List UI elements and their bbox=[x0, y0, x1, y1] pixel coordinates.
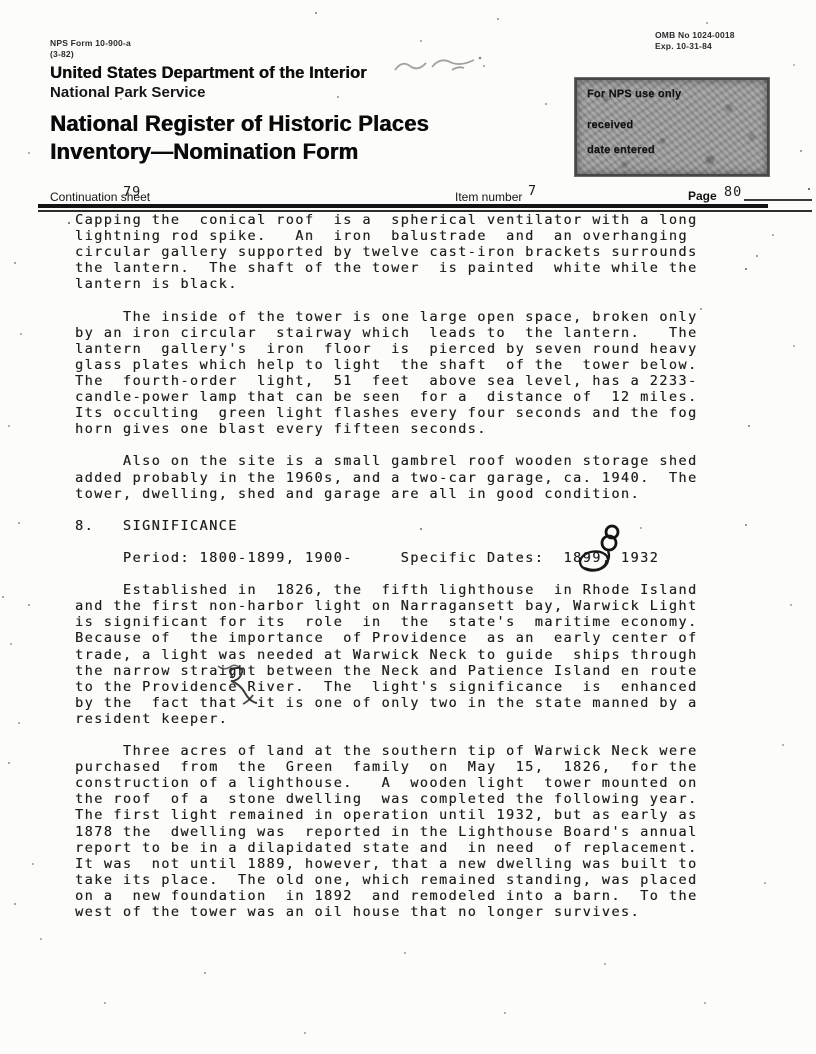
nps-box-header: For NPS use only bbox=[587, 88, 681, 100]
form-number: NPS Form 10-900-a bbox=[50, 38, 131, 49]
omb-expiration: Exp. 10-31-84 bbox=[655, 41, 735, 52]
page-label: Page bbox=[688, 189, 717, 203]
item-number-label: Item number bbox=[455, 190, 522, 204]
omb-block: OMB No 1024-0018 Exp. 10-31-84 bbox=[655, 30, 735, 51]
nps-use-only-box: For NPS use only received date entered bbox=[575, 78, 769, 176]
omb-number: OMB No 1024-0018 bbox=[655, 30, 735, 41]
typewritten-body-text: Capping the conical roof is a spherical … bbox=[75, 212, 698, 920]
page-number-underline bbox=[744, 199, 812, 201]
department-title: United States Department of the Interior bbox=[50, 64, 367, 83]
scanned-document-page: NPS Form 10-900-a (3-82) OMB No 1024-001… bbox=[0, 0, 816, 1054]
nps-box-date-entered-label: date entered bbox=[587, 144, 655, 156]
bureau-title: National Park Service bbox=[50, 84, 206, 101]
form-title-line2: Inventory—Nomination Form bbox=[50, 138, 429, 166]
page-number: 80 bbox=[724, 184, 742, 200]
header-rule-thick bbox=[38, 204, 768, 208]
form-revision: (3-82) bbox=[50, 49, 131, 60]
form-title: National Register of Historic Places Inv… bbox=[50, 110, 429, 166]
pencil-smudge-mark bbox=[392, 52, 488, 78]
scan-noise bbox=[0, 0, 2, 2]
item-number-value: 7 bbox=[528, 183, 537, 199]
continuation-sheet-number: 79 bbox=[123, 184, 141, 200]
form-number-block: NPS Form 10-900-a (3-82) bbox=[50, 38, 131, 59]
nps-box-received-label: received bbox=[587, 119, 633, 131]
form-title-line1: National Register of Historic Places bbox=[50, 110, 429, 138]
